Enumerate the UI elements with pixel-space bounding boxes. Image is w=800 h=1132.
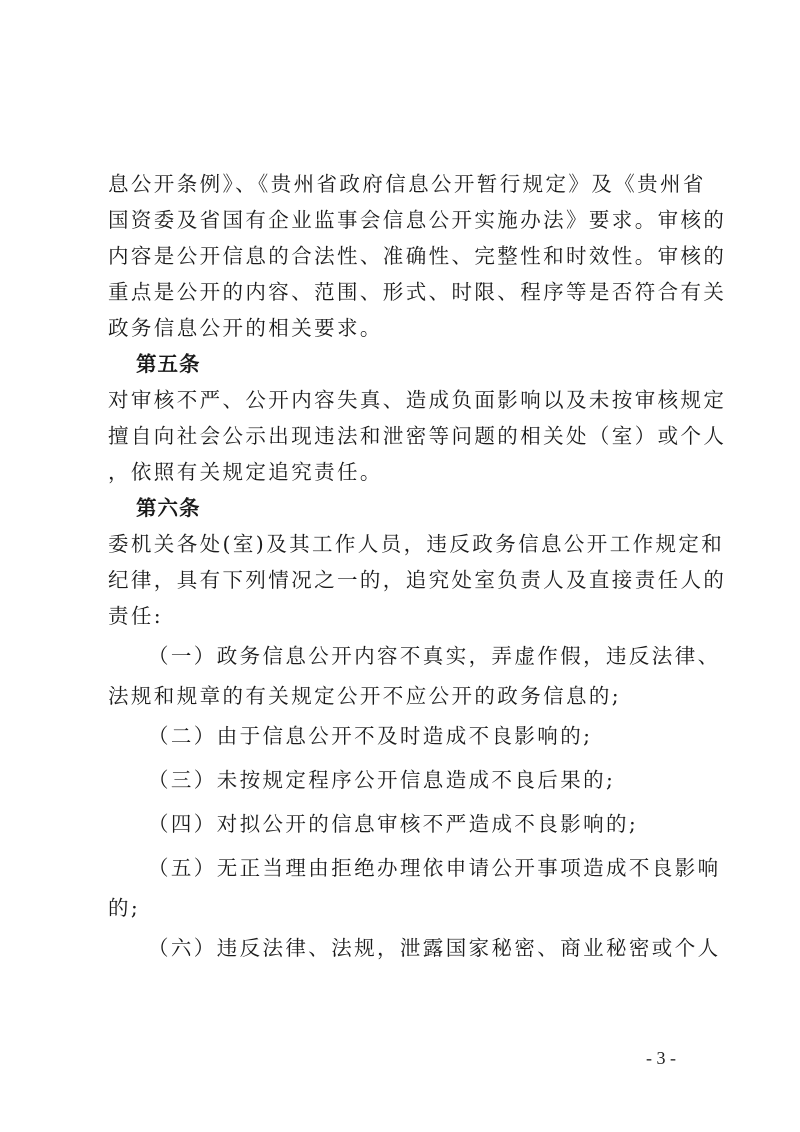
- text-line: 息公开条例》、《贵州省政府信息公开暂行规定》及《贵州省: [108, 166, 694, 202]
- text-line: 国资委及省国有企业监事会信息公开实施办法》要求。审核的: [108, 202, 694, 238]
- document-page: 息公开条例》、《贵州省政府信息公开暂行规定》及《贵州省 国资委及省国有企业监事会…: [108, 166, 694, 970]
- article-6: 第六条 委机关各处(室)及其工作人员，违反政务信息公开工作规定和 纪律，具有下列…: [108, 490, 694, 970]
- list-item: （一）政务信息公开内容不真实，弄虚作假，违反法律、: [108, 634, 694, 678]
- text-line: 擅自向社会公示出现违法和泄密等问题的相关处（室）或个人: [108, 418, 694, 454]
- list-item: （五）无正当理由拒绝办理依申请公开事项造成不良影响: [108, 846, 694, 890]
- list-item: （六）违反法律、法规，泄露国家秘密、商业秘密或个人: [108, 926, 694, 970]
- article-heading: 第六条: [108, 490, 694, 526]
- list-item-continuation: 的;: [108, 890, 694, 926]
- text-line: ，依照有关规定追究责任。: [108, 454, 694, 490]
- text-line: 重点是公开的内容、范围、形式、时限、程序等是否符合有关: [108, 274, 694, 310]
- text-line: 纪律，具有下列情况之一的，追究处室负责人及直接责任人的: [108, 562, 694, 598]
- text-line: 政务信息公开的相关要求。: [108, 310, 694, 346]
- text-line: 内容是公开信息的合法性、准确性、完整性和时效性。审核的: [108, 238, 694, 274]
- continued-paragraph: 息公开条例》、《贵州省政府信息公开暂行规定》及《贵州省 国资委及省国有企业监事会…: [108, 166, 694, 346]
- list-item: （三）未按规定程序公开信息造成不良后果的;: [108, 758, 694, 802]
- text-line: 责任:: [108, 598, 694, 634]
- article-heading: 第五条: [108, 346, 694, 382]
- page-number: - 3 -: [646, 1048, 676, 1069]
- text-line: 对审核不严、公开内容失真、造成负面影响以及未按审核规定: [108, 382, 694, 418]
- article-5: 第五条 对审核不严、公开内容失真、造成负面影响以及未按审核规定 擅自向社会公示出…: [108, 346, 694, 490]
- list-item-continuation: 法规和规章的有关规定公开不应公开的政务信息的;: [108, 678, 694, 714]
- list-item: （二）由于信息公开不及时造成不良影响的;: [108, 714, 694, 758]
- text-line: 委机关各处(室)及其工作人员，违反政务信息公开工作规定和: [108, 526, 694, 562]
- list-item: （四）对拟公开的信息审核不严造成不良影响的;: [108, 802, 694, 846]
